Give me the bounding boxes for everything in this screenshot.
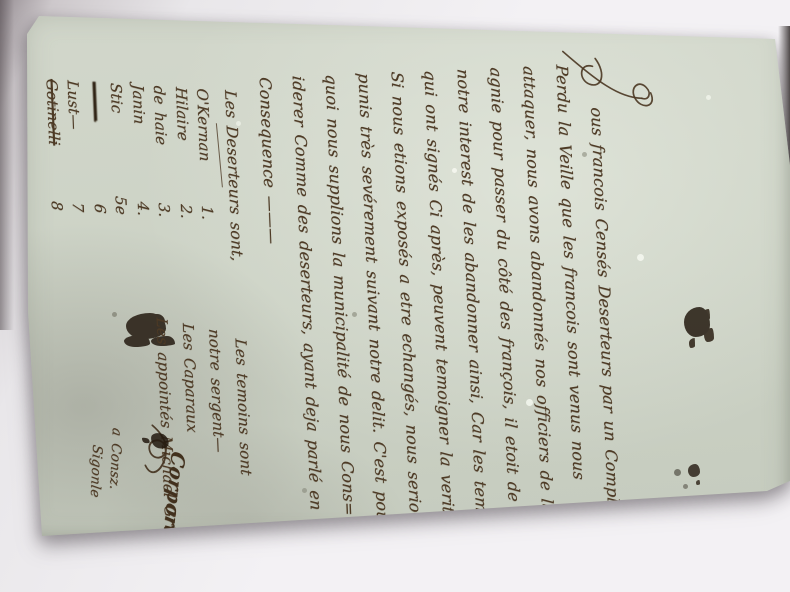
deserter-name: O'Kernan bbox=[191, 88, 216, 162]
deserter-name: Stic bbox=[105, 82, 128, 114]
deserters-list: Les Deserteurs sont, O'Kernan 1. Hilaire… bbox=[40, 78, 246, 240]
deserter-number: 7 bbox=[67, 202, 89, 213]
deserter-number: 3. bbox=[153, 202, 175, 218]
signature-corporal: Corporal bbox=[152, 448, 194, 550]
deserter-name: Lust— bbox=[62, 80, 86, 131]
deserter-name-struck: Gotinelli bbox=[40, 78, 64, 146]
deserter-number: 4. bbox=[131, 201, 153, 217]
deserter-name: de haie bbox=[148, 85, 172, 146]
rotated-letter-page: ous francois Censés Deserteurs par un Co… bbox=[34, 18, 770, 526]
signature-paraph-flourish-icon bbox=[137, 417, 177, 489]
place-line: Sigonle bbox=[78, 442, 113, 500]
deserter-name-scribbled: ——— bbox=[83, 81, 106, 121]
deserter-number: 8 bbox=[45, 200, 67, 211]
paper-sheet: ous francois Censés Deserteurs par un Co… bbox=[22, 12, 790, 544]
photo-of-manuscript: { "colors":{"paper":"#ccd1c5","ink":"#4d… bbox=[0, 0, 790, 592]
deserter-number: 1. bbox=[196, 205, 218, 221]
witnesses-header: Les temoins sont bbox=[228, 338, 263, 559]
deserters-header: Les Deserteurs sont, bbox=[219, 89, 247, 240]
letter-body: ous francois Censés Deserteurs par un Co… bbox=[32, 12, 789, 550]
deserter-number: 6 bbox=[88, 203, 110, 214]
deserter-number: 5e bbox=[109, 195, 131, 215]
deserter-number: 2. bbox=[174, 204, 196, 220]
deserter-name: Hilaire bbox=[169, 86, 193, 141]
paper-shadow-wrapper: ous francois Censés Deserteurs par un Co… bbox=[0, 0, 790, 592]
deserter-name: Janin bbox=[126, 84, 149, 125]
